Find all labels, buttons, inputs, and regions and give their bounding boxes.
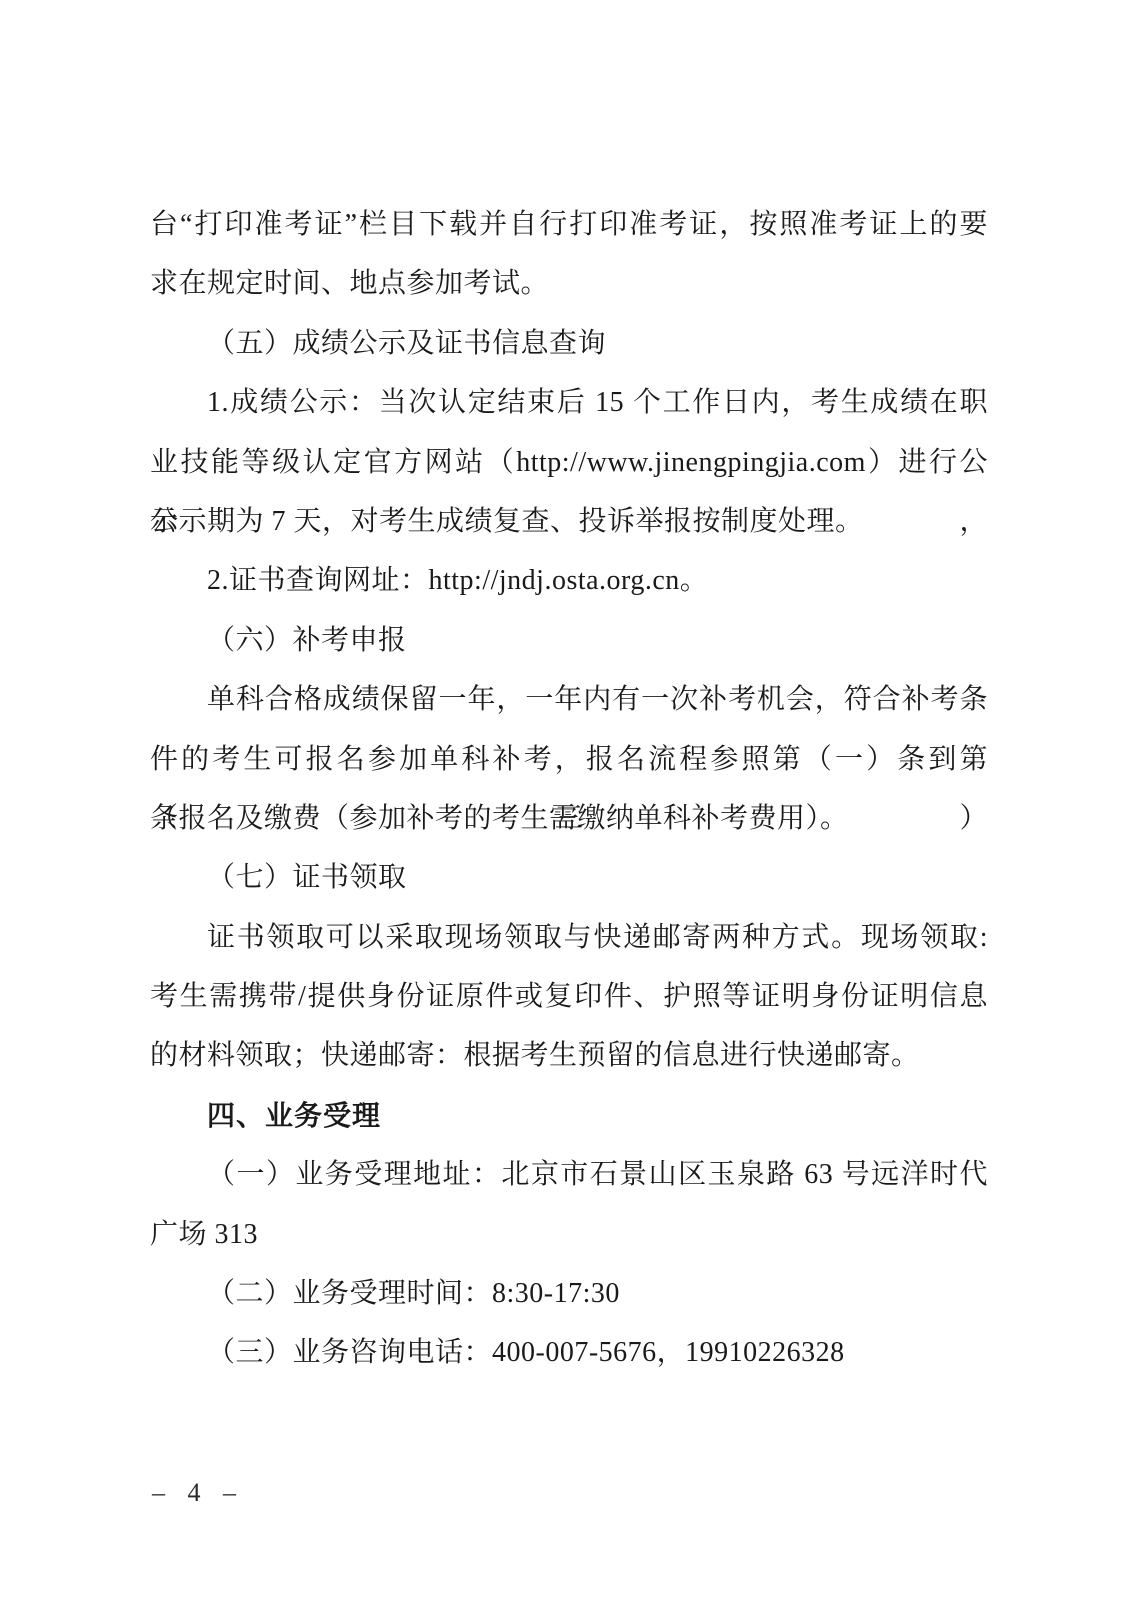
- paragraph-line: （二）业务受理时间：8:30-17:30: [150, 1264, 988, 1323]
- paragraph-line: 1.成绩公示：当次认定结束后 15 个工作日内，考生成绩在职: [150, 373, 988, 432]
- paragraph-line: （一）业务受理地址：北京市石景山区玉泉路 63 号远洋时代: [150, 1145, 988, 1204]
- page-number: – 4 –: [152, 1478, 240, 1508]
- paragraph-line: 广场 313: [150, 1205, 988, 1264]
- paragraph-line: 的材料领取；快递邮寄：根据考生预留的信息进行快递邮寄。: [150, 1026, 988, 1085]
- paragraph-line: 业技能等级认定官方网站（http://www.jinengpingjia.com…: [150, 433, 988, 492]
- paragraph-line: 单科合格成绩保留一年，一年内有一次补考机会，符合补考条: [150, 670, 988, 729]
- subsection-heading: （六）补考申报: [150, 611, 988, 670]
- subsection-heading: （七）证书领取: [150, 848, 988, 907]
- paragraph-line: 2.证书查询网址：http://jndj.osta.org.cn。: [150, 551, 988, 610]
- paragraph-line: 件的考生可报名参加单科补考，报名流程参照第（一）条到第（三）: [150, 730, 988, 789]
- paragraph-line: （三）业务咨询电话：400-007-5676，19910226328: [150, 1323, 988, 1382]
- document-page: 台“打印准考证”栏目下载并自行打印准考证，按照准考证上的要 求在规定时间、地点参…: [0, 0, 1131, 1600]
- subsection-heading: （五）成绩公示及证书信息查询: [150, 314, 988, 373]
- paragraph-line: 台“打印准考证”栏目下载并自行打印准考证，按照准考证上的要: [150, 195, 988, 254]
- paragraph-line: 证书领取可以采取现场领取与快递邮寄两种方式。现场领取:: [150, 908, 988, 967]
- paragraph-line: 考生需携带/提供身份证原件或复印件、护照等证明身份证明信息: [150, 967, 988, 1026]
- paragraph-line: 公示期为 7 天，对考生成绩复查、投诉举报按制度处理。: [150, 492, 988, 551]
- document-body: 台“打印准考证”栏目下载并自行打印准考证，按照准考证上的要 求在规定时间、地点参…: [150, 195, 988, 1383]
- section-heading: 四、业务受理: [150, 1086, 988, 1145]
- paragraph-line: 求在规定时间、地点参加考试。: [150, 254, 988, 313]
